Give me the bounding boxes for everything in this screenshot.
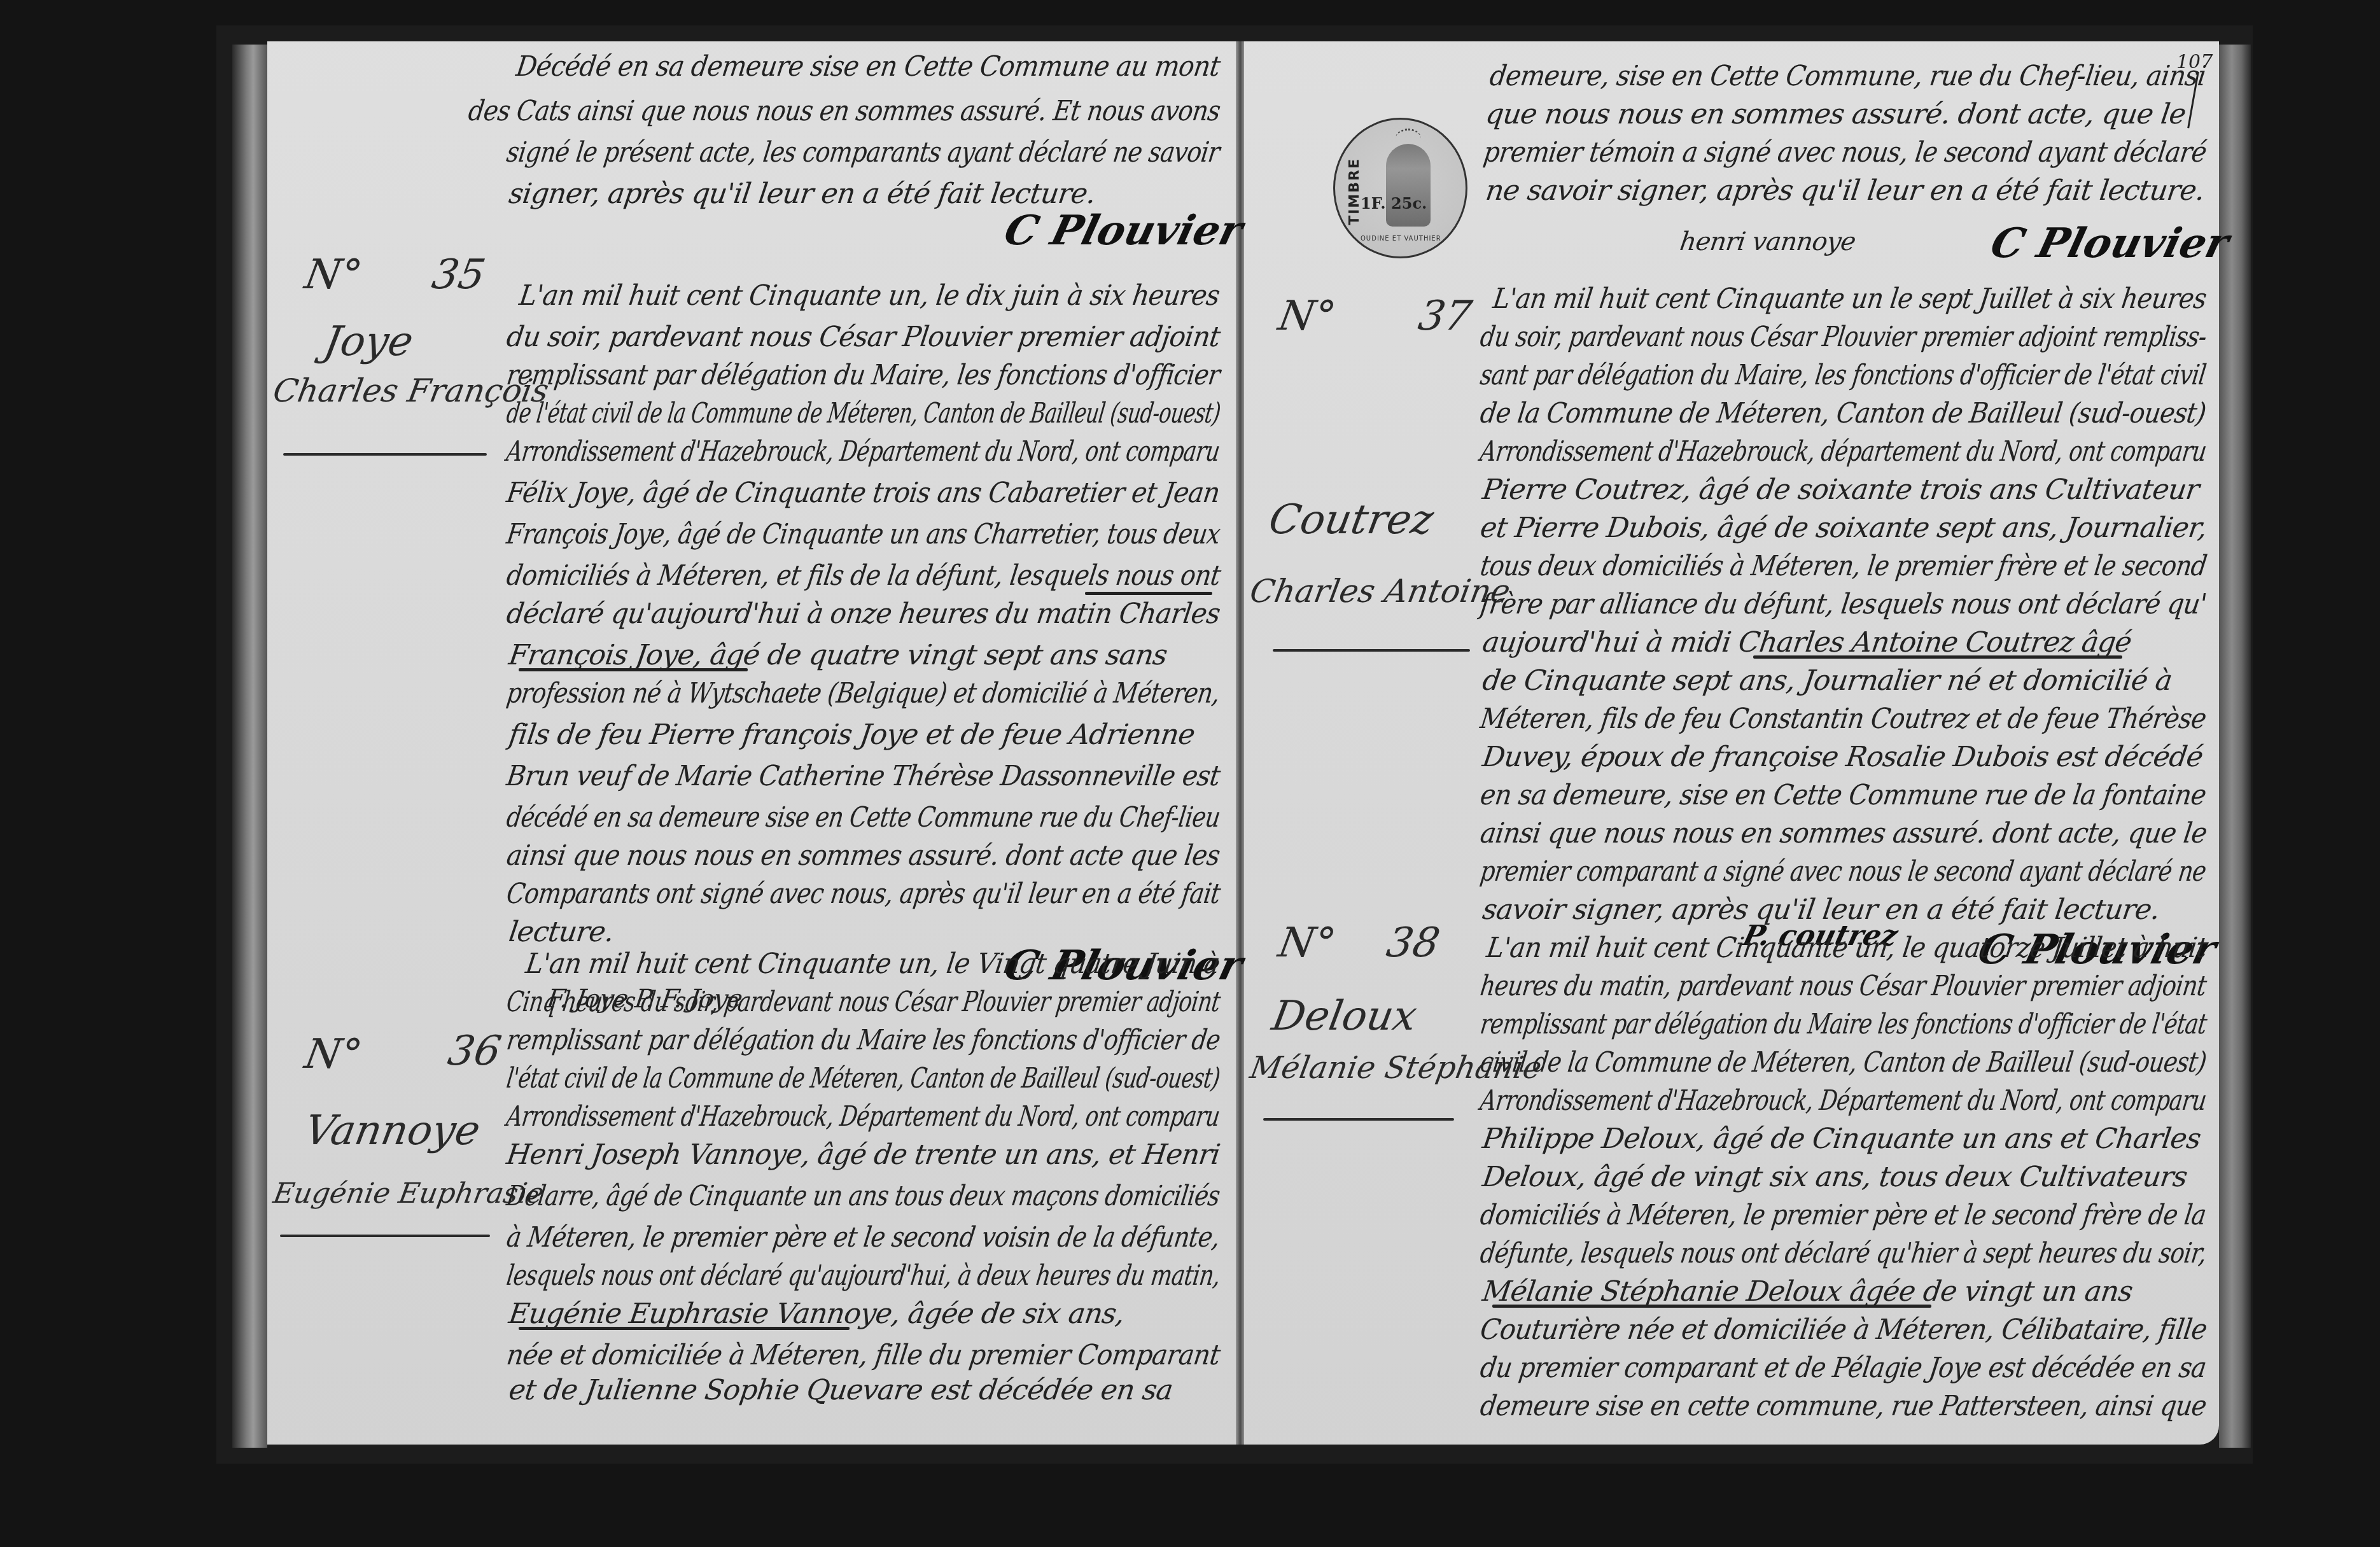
text-line: ainsi que nous nous en sommes assuré. do… [1478, 818, 2209, 850]
text-line: défunte, lesquels nous ont déclaré qu'hi… [1478, 1238, 2208, 1270]
text-line: Duvey, époux de françoise Rosalie Dubois… [1480, 741, 2204, 773]
text-line: heures du matin, pardevant nous César Pl… [1478, 970, 2208, 1002]
text-line: premier comparant a signé avec nous le s… [1478, 856, 2208, 888]
text-line: Arrondissement d'Hazebrouck, Département… [1478, 1085, 2208, 1117]
stamp-value: 1F. 25c. [1361, 196, 1427, 211]
record-surname: Vannoye [301, 1107, 484, 1154]
text-line: de Cinquante sept ans, Journalier né et … [1480, 665, 2174, 697]
text-line: François Joye, âgé de Cinquante un ans C… [505, 519, 1222, 550]
text-line: L'an mil huit cent Cinquante un, le dix … [517, 280, 1221, 312]
record-number: 35 [428, 251, 488, 298]
text-line: ainsi que nous nous en sommes assuré. do… [505, 840, 1222, 872]
record-separator [1263, 1118, 1454, 1121]
text-line: signé le présent acte, les comparants ay… [505, 137, 1221, 169]
record-separator [280, 1235, 490, 1237]
text-line: Brun veuf de Marie Catherine Thérèse Das… [505, 760, 1222, 792]
text-line: que nous nous en sommes assuré. dont act… [1483, 99, 2187, 130]
record-number: 36 [444, 1028, 504, 1075]
name-underline [1753, 655, 2122, 659]
witness-signature: henri vannoye [1677, 226, 1857, 258]
text-line: premier témoin a signé avec nous, le sec… [1481, 137, 2208, 169]
text-line: profession né à Wytschaete (Belgique) et… [505, 678, 1221, 710]
name-underline [1085, 592, 1212, 595]
text-line: Décédé en sa demeure sise en Cette Commu… [514, 51, 1222, 83]
text-line: des Cats ainsi que nous nous en sommes a… [466, 95, 1222, 127]
text-line: François Joye, âgé de quatre vingt sept … [507, 640, 1168, 671]
text-line: Arrondissement d'Hazebrouck, Département… [505, 1101, 1222, 1133]
text-line: Deloux, âgé de vingt six ans, tous deux … [1480, 1161, 2188, 1193]
text-line: décédé en sa demeure sise en Cette Commu… [505, 802, 1222, 834]
record-number-label: N° [301, 1031, 365, 1078]
text-line: née et domiciliée à Méteren, fille du pr… [505, 1340, 1222, 1371]
text-line: et de Julienne Sophie Quevare est décédé… [507, 1375, 1174, 1406]
record-number-label: N° [1275, 920, 1339, 967]
text-line: remplissant par délégation du Maire, les… [505, 360, 1222, 391]
text-line: L'an mil huit cent Cinquante un le sept … [1491, 283, 2208, 315]
text-line: lecture. [507, 916, 615, 948]
text-line: ne savoir signer, après qu'il leur en a … [1483, 175, 2206, 207]
text-line: Arrondissement d'Hazebrouck, département… [1478, 436, 2208, 468]
record-number-label: N° [301, 251, 365, 298]
name-underline [1492, 1305, 1931, 1308]
text-line: Delarre, âgé de Cinquante un ans tous de… [505, 1180, 1222, 1212]
text-line: du soir, pardevant nous César Plouvier p… [505, 321, 1222, 353]
text-line: et Pierre Dubois, âgé de soixante sept a… [1478, 512, 2209, 544]
text-line: de la Commune de Méteren, Canton de Bail… [1478, 398, 2208, 430]
text-line: déclaré qu'aujourd'hui à onze heures du … [505, 598, 1222, 630]
text-line: Eugénie Euphrasie Vannoye, âgée de six a… [507, 1298, 1126, 1330]
text-line: L'an mil huit cent Cinquante un, le quat… [1485, 932, 2209, 964]
text-line: demeure sise en cette commune, rue Patte… [1478, 1390, 2208, 1422]
text-line: l'état civil de la Commune de Méteren, C… [505, 1063, 1222, 1095]
stamp-maker: OUDINE ET VAUTHIER [1361, 235, 1441, 242]
text-line: remplissant par délégation du Maire les … [1478, 1009, 2209, 1040]
text-line: L'an mil huit cent Cinquante un, le Ving… [524, 948, 1221, 980]
officer-signature: C Plouvier [1000, 207, 1248, 255]
text-line: tous deux domiciliés à Méteren, le premi… [1478, 550, 2209, 582]
text-line: Arrondissement d'Hazebrouck, Département… [505, 436, 1222, 468]
text-line: Comparants ont signé avec nous, après qu… [505, 878, 1222, 910]
record-surname: Joye [320, 318, 416, 365]
record-separator [1273, 649, 1470, 652]
text-line: remplissant par délégation du Maire les … [505, 1025, 1222, 1056]
text-line: Philippe Deloux, âgé de Cinquante un ans… [1480, 1123, 2202, 1155]
record-surname: Deloux [1268, 993, 1420, 1040]
book-gutter [1236, 41, 1245, 1445]
name-underline [519, 1327, 850, 1330]
text-line: sant par délégation du Maire, les foncti… [1478, 360, 2208, 391]
text-line: du premier comparant et de Pélagie Joye … [1478, 1352, 2208, 1384]
text-line: frère par alliance du défunt, lesquels n… [1478, 589, 2208, 620]
text-line: Félix Joye, âgé de Cinquante trois ans C… [505, 477, 1222, 509]
text-line: en sa demeure, sise en Cette Commune rue… [1478, 780, 2208, 811]
text-line: fils de feu Pierre françois Joye et de f… [507, 719, 1196, 751]
text-line: Méteren, fils de feu Constantin Coutrez … [1478, 703, 2208, 735]
text-line: de l'état civil de la Commune de Méteren… [505, 398, 1222, 430]
name-underline [519, 668, 748, 671]
text-line: aujourd'hui à midi Charles Antoine Coutr… [1480, 627, 2133, 659]
officer-signature: C Plouvier [1986, 220, 2234, 267]
text-line: Couturière née et domiciliée à Méteren, … [1478, 1314, 2209, 1346]
book-edge-left [232, 45, 267, 1448]
text-line: lesquels nous ont déclaré qu'aujourd'hui… [505, 1260, 1222, 1292]
stamp-label: TIMBRE [1347, 158, 1362, 225]
text-line: domiciliés à Méteren, le premier père et… [1478, 1200, 2208, 1231]
text-line: Henri Joseph Vannoye, âgé de trente un a… [505, 1139, 1222, 1171]
text-line: domiciliés à Méteren, et fils de la défu… [505, 560, 1222, 592]
text-line: du soir, pardevant nous César Plouvier p… [1478, 321, 2208, 353]
record-number: 38 [1383, 920, 1443, 967]
record-given-names: Charles Antoine [1247, 573, 1513, 610]
text-line: demeure, sise en Cette Commune, rue du C… [1488, 60, 2208, 92]
record-separator [283, 453, 487, 456]
stamp-justice-figure-icon [1386, 144, 1431, 227]
text-line: Mélanie Stéphanie Deloux âgée de vingt u… [1480, 1276, 2134, 1308]
text-line: signer, après qu'il leur en a été fait l… [507, 178, 1097, 210]
record-number: 37 [1415, 293, 1474, 340]
text-line: civil de la Commune de Méteren, Canton d… [1478, 1047, 2208, 1079]
text-line: Pierre Coutrez, âgé de soixante trois an… [1480, 474, 2201, 506]
record-number-label: N° [1275, 293, 1339, 340]
text-line: Cinq heures du soir, pardevant nous Césa… [505, 986, 1222, 1018]
record-surname: Coutrez [1265, 496, 1437, 543]
tax-stamp: TIMBRE 1F. 25c. OUDINE ET VAUTHIER [1333, 118, 1467, 258]
text-line: à Méteren, le premier père et le second … [505, 1222, 1221, 1254]
